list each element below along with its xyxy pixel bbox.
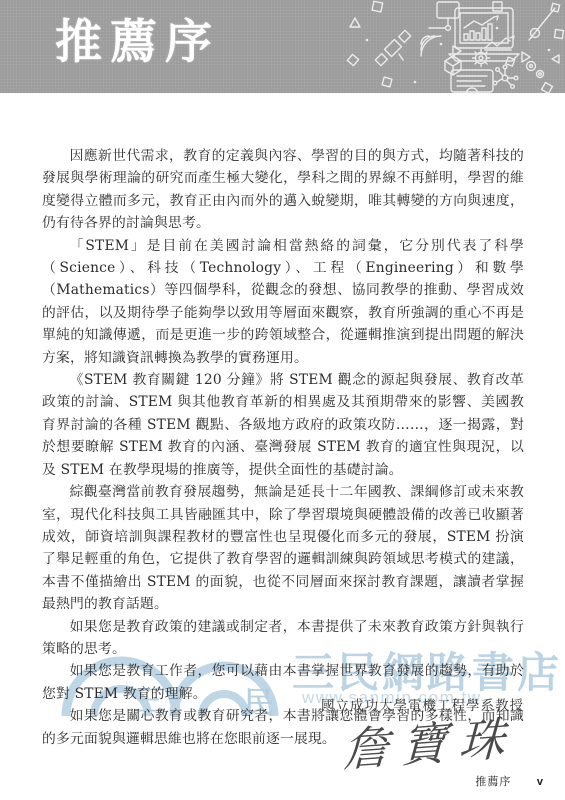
book-page: 推薦序 xyxy=(0,0,565,800)
paragraph: 因應新世代需求，教育的定義與內容、學習的目的與方式，均隨著科技的發展與學術理論的… xyxy=(42,145,524,235)
footer-section-label: 推薦序 xyxy=(475,775,511,788)
tech-doodle-icons xyxy=(345,0,565,93)
paragraph: 《STEM 教育關鍵 120 分鐘》將 STEM 觀念的源起與發展、教育改革政策… xyxy=(42,369,524,481)
paragraph: 綜觀臺灣當前教育發展趨勢，無論是延長十二年國教、課綱修訂或未來教室，現代化科技與… xyxy=(42,481,524,615)
gear-icon xyxy=(527,62,544,78)
paragraph: 如果您是教育政策的建議或制定者，本書提供了未來教育政策方針與執行策略的思考。 xyxy=(42,616,524,661)
page-title: 推薦序 xyxy=(55,14,220,70)
satellite-icon xyxy=(375,30,410,65)
preface-body: 因應新世代需求，教育的定義與內容、學習的目的與方式，均隨著科技的發展與學術理論的… xyxy=(42,145,524,750)
gear-icon xyxy=(473,50,490,67)
presentation-board-icon xyxy=(451,70,493,93)
page-footer: 推薦序 v xyxy=(475,773,543,789)
chapter-header-banner: 推薦序 xyxy=(0,0,565,93)
network-icon xyxy=(493,65,518,88)
page-number: v xyxy=(537,776,543,788)
paragraph: 「STEM」是目前在美國討論相當熱絡的詞彙，它分別代表了科學（Science）、… xyxy=(42,235,524,369)
wifi-icon xyxy=(421,36,441,56)
handwritten-signature: 詹寶珠 xyxy=(342,702,518,780)
